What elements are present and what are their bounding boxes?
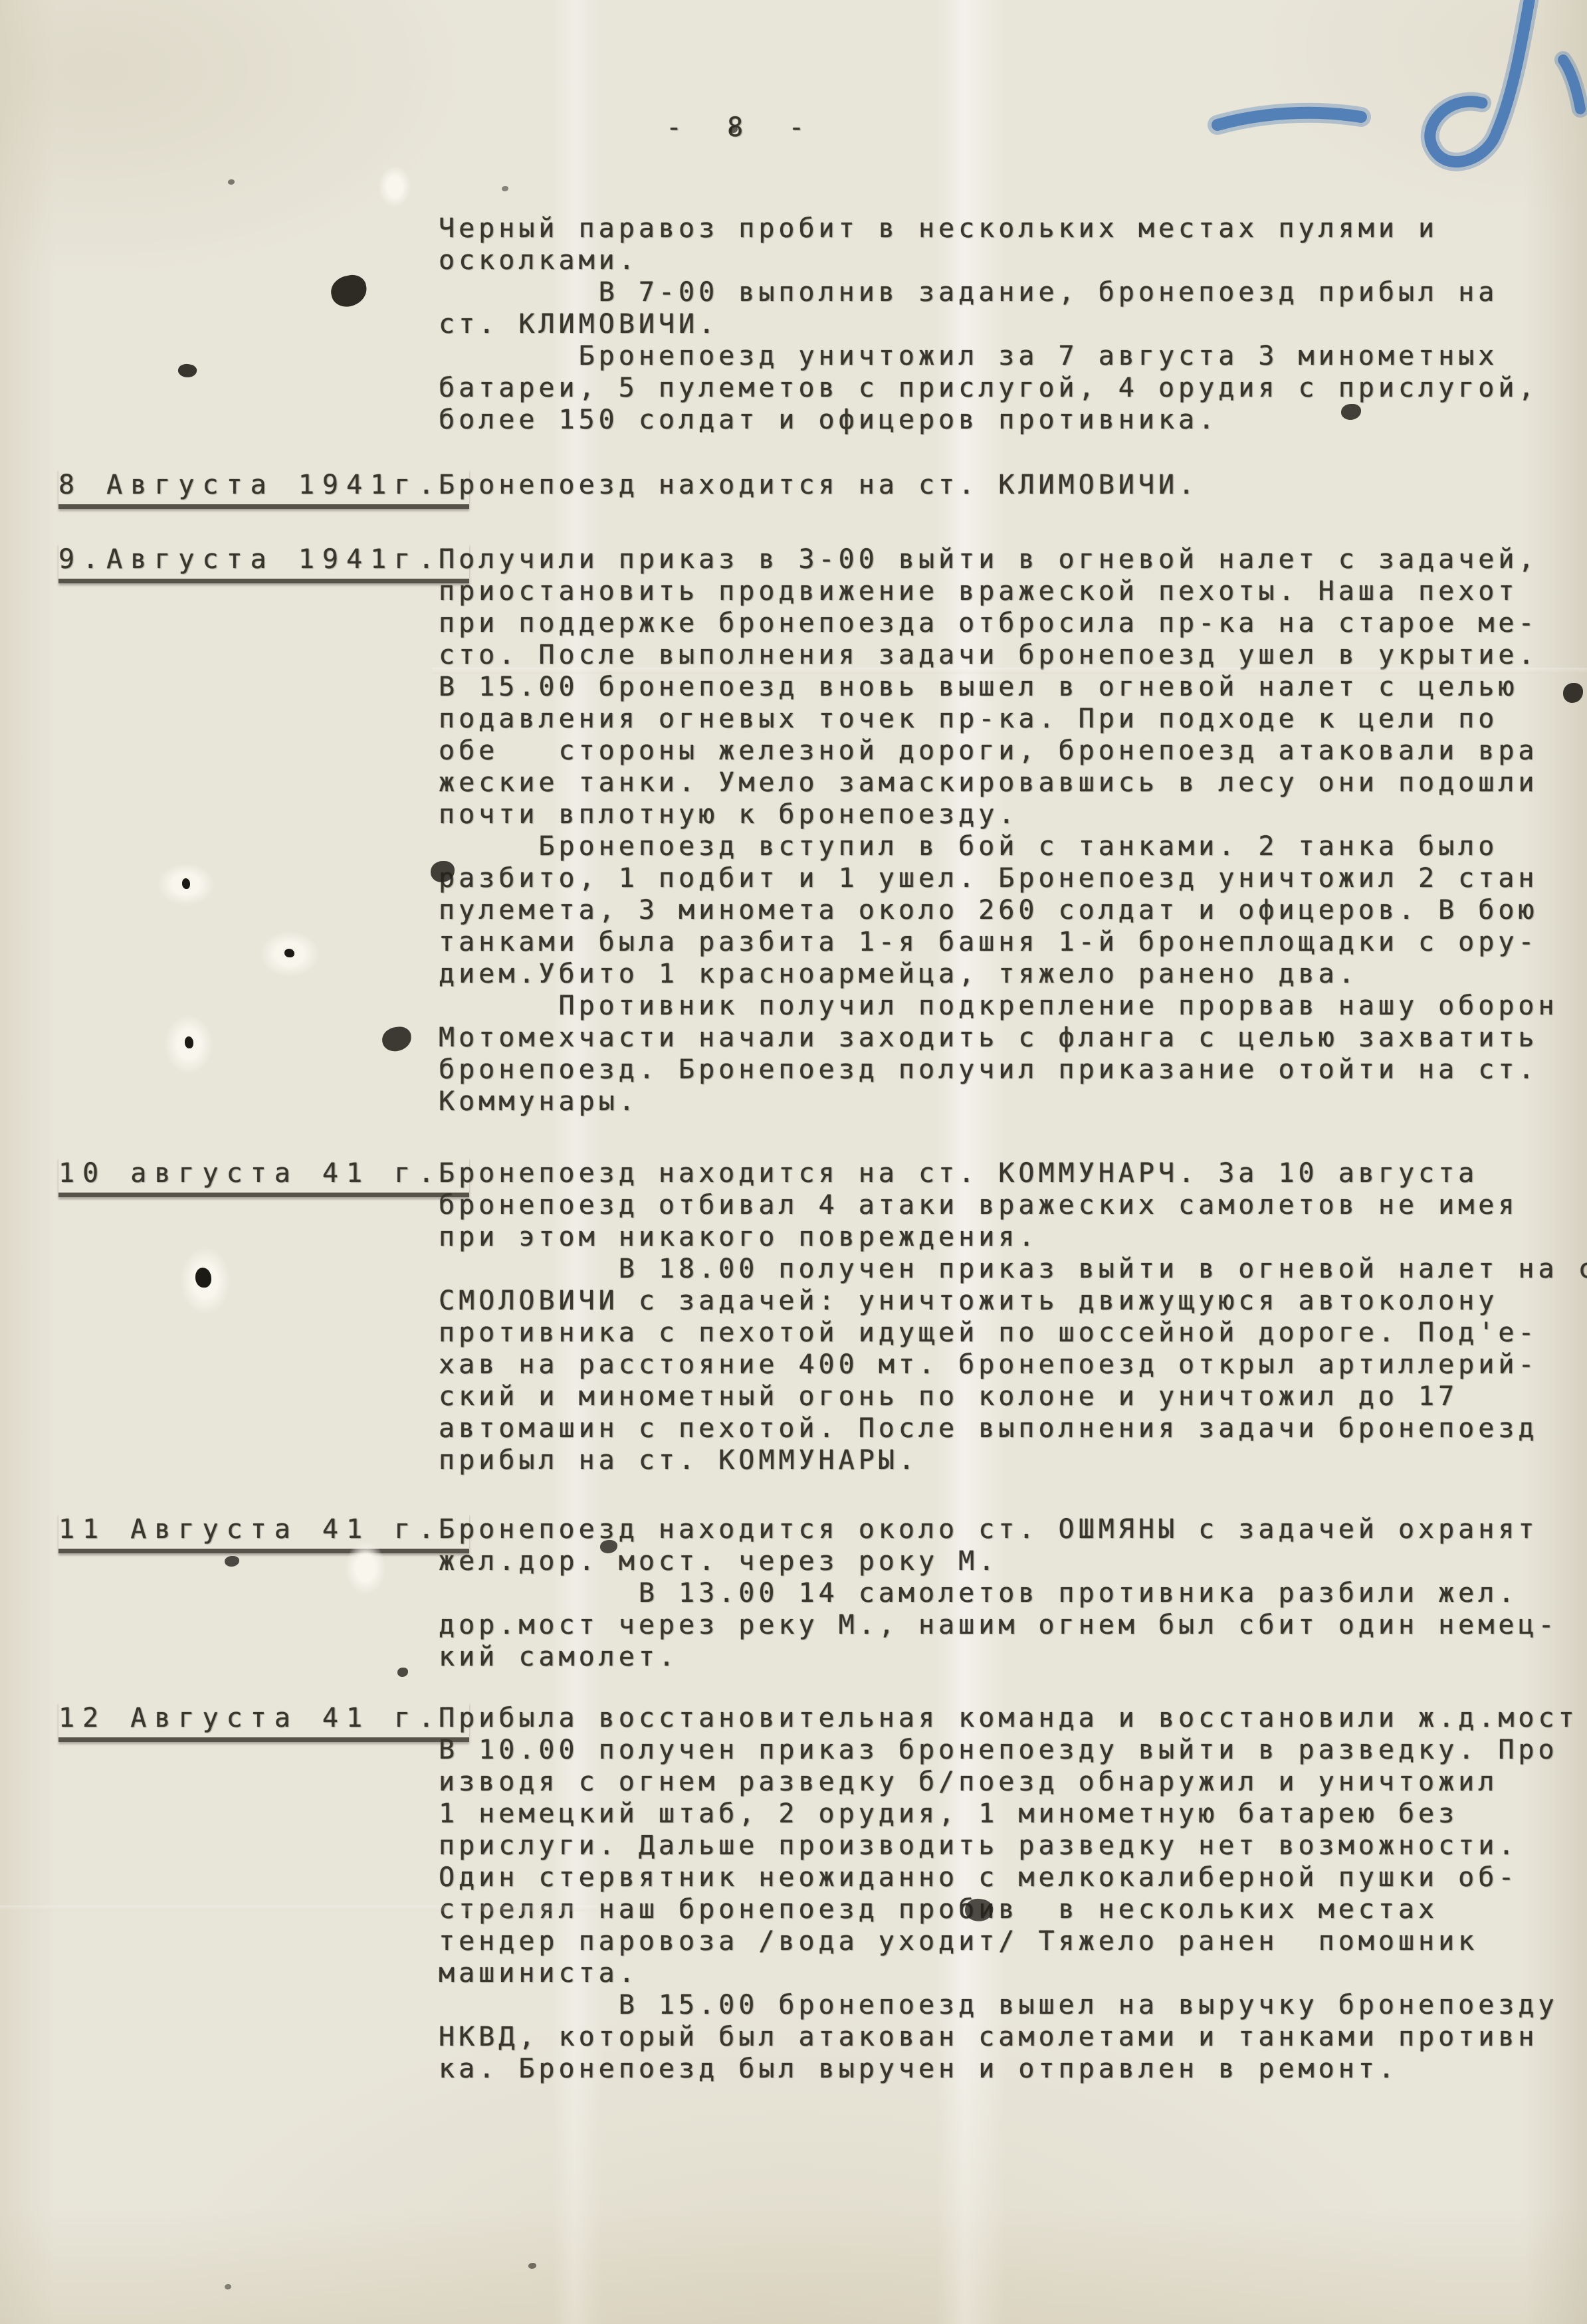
text-line: бронепоезд. Бронепоезд получил приказани… (439, 1054, 1587, 1086)
entry-date: 12 Августа 41 г. (58, 1702, 469, 1742)
ink-blot (225, 1556, 239, 1567)
paper-crease (432, 668, 1587, 674)
text-line: почти вплотную к бронепоезду. (439, 799, 1587, 830)
entry-text: Бронепоезд находится около ст. ОШМЯНЫ с … (439, 1513, 1587, 1673)
text-line: кий самолет. (439, 1641, 1587, 1673)
text-line: ка. Бронепоезд был выручен и отправлен в… (439, 2053, 1587, 2085)
text-line: В 13.00 14 самолетов противника разбили … (439, 1577, 1587, 1609)
text-line: Прибыла восстановительная команда и восс… (439, 1702, 1587, 1734)
text-line: Бронепоезд вступил в бой с танками. 2 та… (439, 830, 1587, 862)
paper-hole (379, 166, 411, 207)
text-line: хав на расстояние 400 мт. бронепоезд отк… (439, 1349, 1587, 1381)
entry-date: 9.Августа 1941г. (58, 543, 469, 583)
text-line: приостановить продвижение вражеской пехо… (439, 575, 1587, 607)
intro-paragraph: Черный паравоз пробит в нескольких места… (439, 213, 1538, 436)
text-line: стрелял наш бронепоезд пробив в нескольк… (439, 1893, 1587, 1925)
text-line: В 15.00 бронепоезд вновь вышел в огневой… (439, 671, 1587, 703)
text-line: Один стервятник неожиданно с мелкокалибе… (439, 1862, 1587, 1893)
text-line: изводя с огнем разведку б/поезд обнаружи… (439, 1766, 1587, 1798)
text-line: танками была разбита 1-я башня 1-й броне… (439, 926, 1587, 958)
text-line: Бронепоезд находится на ст. КОММУНАРЧ. З… (439, 1157, 1587, 1189)
text-line: В 10.00 получен приказ бронепоезду выйти… (439, 1734, 1587, 1766)
entry-date: 10 августа 41 г. (58, 1157, 469, 1197)
ink-blot (328, 272, 370, 310)
text-line: Получили приказ в 3-00 выйти в огневой н… (439, 543, 1587, 575)
text-line: Бронепоезд находится на ст. КЛИМОВИЧИ. (439, 469, 1587, 501)
typed-page-number: - 8 - (666, 112, 819, 144)
text-line: жеские танки. Умело замаскировавшись в л… (439, 767, 1587, 799)
paper-hole (284, 949, 294, 957)
text-line: Бронепоезд уничтожил за 7 августа 3 мино… (439, 340, 1538, 372)
text-line: при поддержке бронепоезда отбросила пр-к… (439, 607, 1587, 639)
text-line: В 18.00 получен приказ выйти в огневой н… (439, 1253, 1587, 1285)
ink-blot (177, 363, 198, 379)
text-line: бронепоезд отбивал 4 атаки вражеских сам… (439, 1189, 1587, 1221)
pencil-five-stroke (1430, 0, 1530, 162)
text-line: ст. КЛИМОВИЧИ. (439, 308, 1538, 340)
text-line: В 7-00 выполнив задание, бронепоезд приб… (439, 276, 1538, 308)
text-line: тендер паровоза /вода уходит/ Тяжело ран… (439, 1925, 1587, 1957)
text-line: машиниста. (439, 1957, 1587, 1989)
ink-blot (228, 179, 235, 185)
text-line: автомашин с пехотой. После выполнения за… (439, 1412, 1587, 1444)
text-line: дор.мост через реку М., нашим огнем был … (439, 1609, 1587, 1641)
ink-blot (225, 2284, 231, 2289)
text-line: осколками. (439, 244, 1538, 276)
entry-date: 11 Августа 41 г. (58, 1513, 469, 1553)
text-line: пулемета, 3 миномета около 260 солдат и … (439, 894, 1587, 926)
text-line: ский и минометный огонь по колоне и унич… (439, 1381, 1587, 1412)
text-line: более 150 солдат и офицеров противника. (439, 404, 1538, 436)
text-line: разбито, 1 подбит и 1 ушел. Бронепоезд у… (439, 862, 1587, 894)
paper-hole (346, 1541, 385, 1595)
handwritten-page-number-mark (1170, 0, 1587, 221)
entry-date: 8 Августа 1941г. (58, 469, 469, 509)
paper-hole (182, 878, 190, 889)
text-line: СМОЛОВИЧИ с задачей: уничтожить движущую… (439, 1285, 1587, 1317)
ink-blot (528, 2263, 536, 2269)
text-line: подавления огневых точек пр-ка. При подх… (439, 703, 1587, 735)
text-line: НКВД, который был атакован самолетами и … (439, 2021, 1587, 2053)
text-line: Мотомехчасти начали заходить с фланга с … (439, 1022, 1587, 1054)
paper-crease (0, 1905, 598, 1911)
entry-text: Прибыла восстановительная команда и восс… (439, 1702, 1587, 2085)
text-line: обе стороны железной дороги, бронепоезд … (439, 735, 1587, 767)
text-line: при этом никакого повреждения. (439, 1221, 1587, 1253)
text-line: прислуги. Дальше производить разведку не… (439, 1830, 1587, 1862)
text-line: Черный паравоз пробит в нескольких места… (439, 213, 1538, 244)
text-line: дием.Убито 1 красноармейца, тяжело ранен… (439, 958, 1587, 990)
text-line: Коммунары. (439, 1086, 1587, 1117)
text-line: батареи, 5 пулеметов с прислугой, 4 оруд… (439, 372, 1538, 404)
entry-text: Бронепоезд находится на ст. КОММУНАРЧ. З… (439, 1157, 1587, 1476)
entry-text: Бронепоезд находится на ст. КЛИМОВИЧИ. (439, 469, 1587, 501)
ink-blot (397, 1668, 408, 1677)
paper-hole (195, 1268, 211, 1288)
text-line: В 15.00 бронепоезд вышел на выручку брон… (439, 1989, 1587, 2021)
text-line: противника с пехотой идущей по шоссейной… (439, 1317, 1587, 1349)
paper-hole (185, 1036, 193, 1048)
text-line: Противник получил подкрепление прорвав н… (439, 990, 1587, 1022)
text-line: прибыл на ст. КОММУНАРЫ. (439, 1444, 1587, 1476)
document-page: - 8 - Черный паравоз пробит в нескольких… (0, 0, 1587, 2324)
ink-blot (381, 1025, 413, 1053)
text-line: 1 немецкий штаб, 2 орудия, 1 минометную … (439, 1798, 1587, 1830)
text-line: сто. После выполнения задачи бронепоезд … (439, 639, 1587, 671)
ink-blot (502, 186, 508, 191)
entry-text: Получили приказ в 3-00 выйти в огневой н… (439, 543, 1587, 1117)
